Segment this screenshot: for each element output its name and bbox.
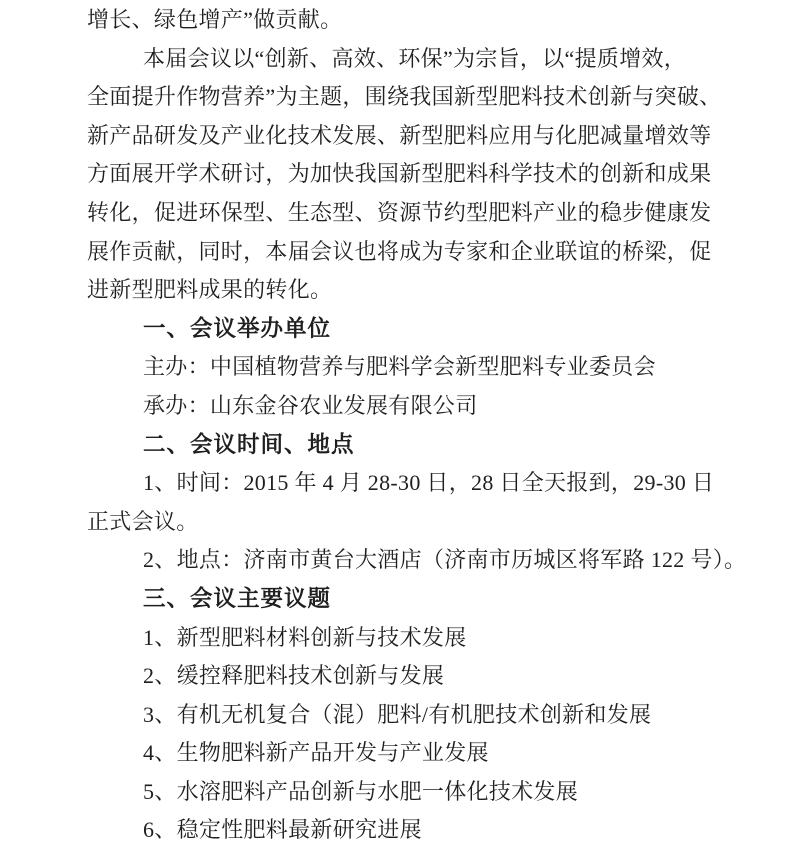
time-line: 1、时间：2015 年 4 月 28-30 日，28 日全天报到，29-30 日 <box>87 464 712 503</box>
section-heading-time-place: 二、会议时间、地点 <box>87 426 712 465</box>
paragraph-line: 转化，促进环保型、生态型、资源节约型肥料产业的稳步健康发 <box>87 194 712 233</box>
paragraph-line: 全面提升作物营养”为主题，围绕我国新型肥料技术创新与突破、 <box>87 78 712 117</box>
topic-item-4: 4、生物肥料新产品开发与产业发展 <box>87 734 712 773</box>
topic-item-6: 6、稳定性肥料最新研究进展 <box>87 811 712 850</box>
paragraph-line: 本届会议以“创新、高效、环保”为宗旨，以“提质增效， <box>87 40 712 79</box>
paragraph-line: 新产品研发及产业化技术发展、新型肥料应用与化肥减量增效等 <box>87 117 712 156</box>
document-page: 增长、绿色增产”做贡献。 本届会议以“创新、高效、环保”为宗旨，以“提质增效， … <box>0 0 796 857</box>
time-line-continued: 正式会议。 <box>87 503 712 542</box>
topic-item-5: 5、水溶肥料产品创新与水肥一体化技术发展 <box>87 773 712 812</box>
topic-item-3: 3、有机无机复合（混）肥料/有机肥技术创新和发展 <box>87 696 712 735</box>
host-line: 主办：中国植物营养与肥料学会新型肥料专业委员会 <box>87 348 712 387</box>
paragraph-line: 展作贡献，同时，本届会议也将成为专家和企业联谊的桥梁，促 <box>87 233 712 272</box>
topic-item-1: 1、新型肥料材料创新与技术发展 <box>87 619 712 658</box>
place-line: 2、地点：济南市黄台大酒店（济南市历城区将军路 122 号）。 <box>87 541 712 580</box>
paragraph-line: 进新型肥料成果的转化。 <box>87 271 712 310</box>
paragraph-line: 增长、绿色增产”做贡献。 <box>87 1 712 40</box>
undertaker-line: 承办：山东金谷农业发展有限公司 <box>87 387 712 426</box>
section-heading-topics: 三、会议主要议题 <box>87 580 712 619</box>
section-heading-organizers: 一、会议举办单位 <box>87 310 712 349</box>
paragraph-line: 方面展开学术研讨，为加快我国新型肥料科学技术的创新和成果 <box>87 155 712 194</box>
topic-item-2: 2、缓控释肥料技术创新与发展 <box>87 657 712 696</box>
